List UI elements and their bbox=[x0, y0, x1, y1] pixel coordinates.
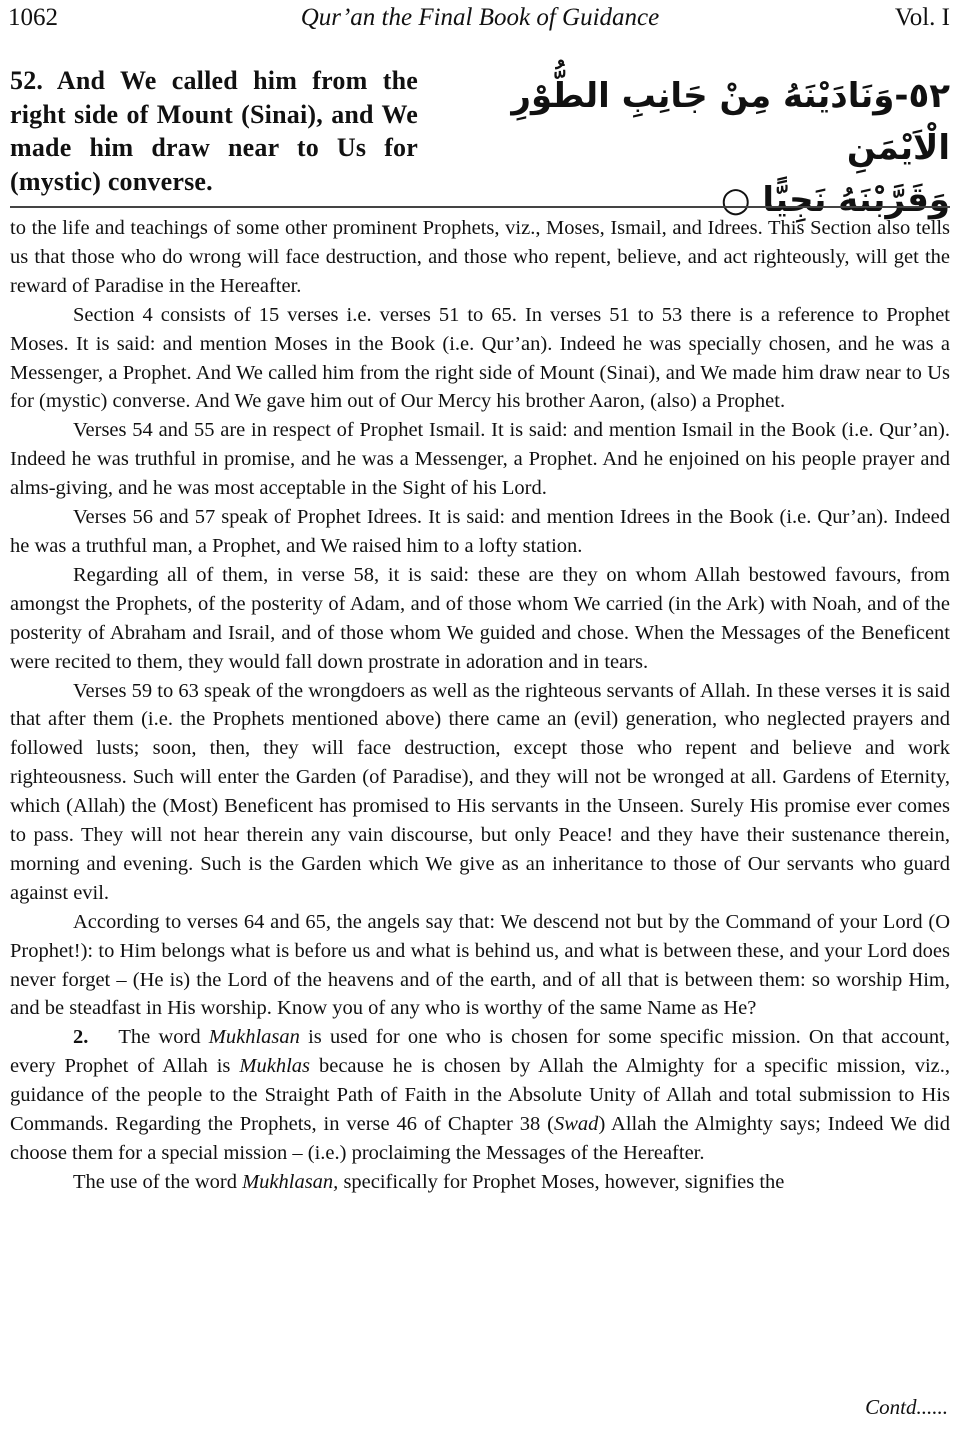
verse-divider bbox=[10, 206, 950, 208]
paragraph: According to verses 64 and 65, the angel… bbox=[10, 908, 950, 1024]
verse-translation: 52. And We called him from the right sid… bbox=[10, 64, 418, 198]
paragraph: Verses 56 and 57 speak of Prophet Idrees… bbox=[10, 503, 950, 561]
commentary-body: to the life and teachings of some other … bbox=[10, 214, 950, 1197]
paragraph: Regarding all of them, in verse 58, it i… bbox=[10, 561, 950, 677]
verse-arabic-line-1: ٥٢-وَنَادَيْنَهُ مِنْ جَانِبِ الطُّوْرِ … bbox=[490, 70, 950, 174]
paragraph: Section 4 consists of 15 verses i.e. ver… bbox=[10, 301, 950, 417]
verse-block: 52. And We called him from the right sid… bbox=[0, 62, 960, 204]
running-header: 1062 Qur’an the Final Book of Guidance V… bbox=[0, 0, 960, 40]
volume-label: Vol. I bbox=[895, 0, 950, 36]
paragraph: Verses 54 and 55 are in respect of Proph… bbox=[10, 416, 950, 503]
paragraph: The use of the word Mukhlasan, specifica… bbox=[10, 1168, 950, 1197]
paragraph: to the life and teachings of some other … bbox=[10, 214, 950, 301]
note-number: 2. bbox=[73, 1026, 88, 1048]
term-mukhlasan: Mukhlasan bbox=[209, 1026, 300, 1048]
note-2-paragraph: 2.The word Mukhlasan is used for one who… bbox=[10, 1023, 950, 1168]
verse-arabic: ٥٢-وَنَادَيْنَهُ مِنْ جَانِبِ الطُّوْرِ … bbox=[490, 70, 950, 226]
continued-label: Contd...... bbox=[865, 1395, 948, 1420]
paragraph: Verses 59 to 63 speak of the wrongdoers … bbox=[10, 677, 950, 908]
term-swad: Swad bbox=[554, 1113, 598, 1135]
term-mukhlas: Mukhlas bbox=[239, 1055, 310, 1077]
book-title: Qur’an the Final Book of Guidance bbox=[0, 0, 960, 36]
term-mukhlasan: Mukhlasan, bbox=[242, 1171, 338, 1193]
